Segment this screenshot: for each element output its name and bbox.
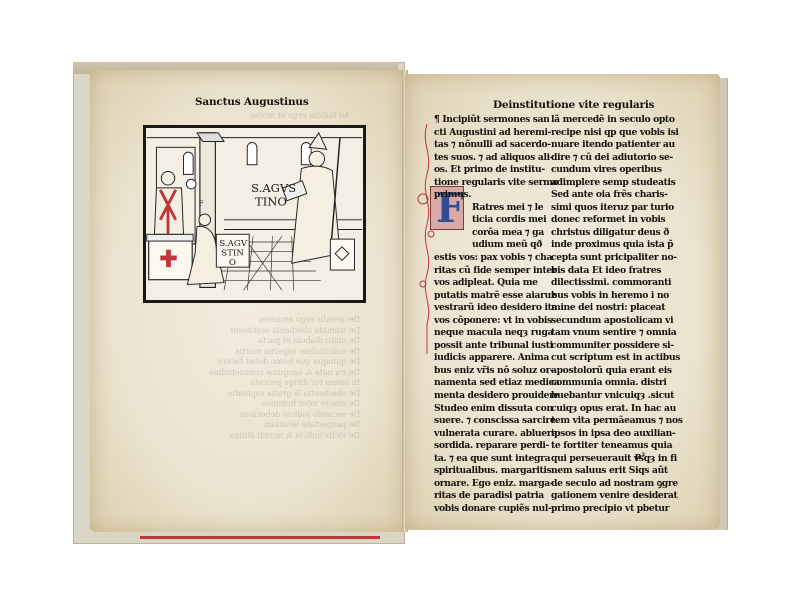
text-line: simi quos iteruz par turio xyxy=(551,202,676,215)
text-line: os. Et primo de institu- xyxy=(434,164,554,177)
woodcut-saint-augustine: S.AGVS TINO S.AGV STIN O F xyxy=(143,125,366,303)
text-line: cundum vires operibus xyxy=(551,164,676,177)
text-line: tem vita permãeamus ⁊ nos xyxy=(551,415,676,428)
text-line: bis data Et ideo fratres xyxy=(551,265,676,278)
text-line: nem saluus erit Siqs aũt xyxy=(551,465,676,478)
text-line: recipe nisi qp que vobis isi xyxy=(551,127,676,140)
text-column-right: lã mercedẽ in seculo opto recipe nisi qp… xyxy=(551,114,676,516)
text-line: ipsos in ipsa deo auxilian- xyxy=(551,428,676,441)
text-line: ta. ⁊ ea que sunt integra xyxy=(434,453,554,466)
woodcut-illustration: S.AGVS TINO S.AGV STIN O F xyxy=(146,128,363,300)
right-page: Deinstitutione vite regularis F ¶ Incipi… xyxy=(405,74,720,530)
text-line: inde proximus quia ista p̃ xyxy=(551,239,676,252)
text-line: ¶ Incipiũt sermones san xyxy=(434,114,554,127)
show-through-heading: Ad iudicia ergo et mores xyxy=(250,110,350,121)
binding-red-edge xyxy=(140,536,380,539)
text-line: nuare itendo patienter au xyxy=(551,139,676,152)
woodcut-label-top: S.AGVS xyxy=(251,181,296,195)
text-line: donec reformet in vobis xyxy=(551,214,676,227)
text-line: vos cõponere: vt in vobis xyxy=(434,315,554,328)
text-line: bus eniz vr̃is nõ soluz or- xyxy=(434,365,554,378)
text-line: bus vobis in heremo i no xyxy=(551,290,676,303)
text-line: tes suos. ⁊ ad aliquos ali- xyxy=(434,152,554,165)
svg-text:F: F xyxy=(199,199,204,207)
text-line: communia omnia. distri xyxy=(551,377,676,390)
text-line: Studeo enim dissuta con xyxy=(434,403,554,416)
text-line: tam vnum sentire ⁊ omnia xyxy=(551,327,676,340)
text-line: apostolorũ quia erant eis xyxy=(551,365,676,378)
svg-text:TINO: TINO xyxy=(255,194,287,208)
text-line: cut scriptum est in actibus xyxy=(551,352,676,365)
text-line: vulnerata curare. abluere xyxy=(434,428,554,441)
left-page: Sanctus Augustinus Ad iudicia ergo et mo… xyxy=(90,70,405,532)
text-line: mine dei nostri: placeat xyxy=(551,302,676,315)
text-line: lã mercedẽ in seculo opto xyxy=(551,114,676,127)
text-line: namenta sed etiaz medica xyxy=(434,377,554,390)
text-line: tas ⁊ nõnulli ad sacerdo- xyxy=(434,139,554,152)
text-line: ornare. Ego eniz. marga- xyxy=(434,478,554,491)
open-book-photo: Sanctus Augustinus Ad iudicia ergo et mo… xyxy=(0,0,800,600)
text-line: secundum apostolicam vi xyxy=(551,315,676,328)
text-line: ticia cordis mei xyxy=(434,214,554,227)
text-line: communiter possidere si- xyxy=(551,340,676,353)
text-line: sordida. reparare perdi- xyxy=(434,440,554,453)
signature-mark: p² xyxy=(635,452,645,462)
text-line: iudicis apparere. Anima xyxy=(434,352,554,365)
text-column-left: ¶ Incipiũt sermones san cti Augustini ad… xyxy=(434,114,554,516)
text-line: neque macula neqȝ ruga xyxy=(434,327,554,340)
left-running-head: Sanctus Augustinus xyxy=(195,96,309,108)
text-line: possit ante tribunal iusti xyxy=(434,340,554,353)
svg-text:STIN: STIN xyxy=(221,249,244,259)
text-line: putatis matrẽ esse aiaruz xyxy=(434,290,554,303)
text-line: vestrarũ ideo desidero ita xyxy=(434,302,554,315)
text-line: primus. xyxy=(434,189,554,202)
text-line: vos adipleat. Quia me xyxy=(434,277,554,290)
text-line: buebantur vnicuiqȝ .sicut xyxy=(551,390,676,403)
text-line: spiritualibus. margaritis xyxy=(434,465,554,478)
svg-text:S.AGV: S.AGV xyxy=(219,239,248,249)
show-through-text: Decarnalis ergo amantes De tramida obedi… xyxy=(150,315,360,441)
text-line: cuiqȝ opus erat. In hac au xyxy=(551,403,676,416)
right-running-head: Deinstitutione vite regularis xyxy=(493,99,654,111)
text-line: dire ⁊ cũ dei adiutorio se- xyxy=(551,152,676,165)
text-line: te fortiter teneamus quia xyxy=(551,440,676,453)
text-line: ritas cũ fide semper inter xyxy=(434,265,554,278)
text-line: Ratres mei ⁊ le xyxy=(434,202,554,215)
text-line: ritas de paradisi patria xyxy=(434,490,554,503)
text-line: vobis donare cupiẽs nul- xyxy=(434,503,554,516)
text-line: adimplere semp studeatis xyxy=(551,177,676,190)
text-line: christus diligatur deus ð xyxy=(551,227,676,240)
text-line: cepta sunt pricipaliter no- xyxy=(551,252,676,265)
text-line: dilectissimi. commoranti xyxy=(551,277,676,290)
text-line: suere. ⁊ conscissa sarcire. xyxy=(434,415,554,428)
text-line: tione regularis vite sermo xyxy=(434,177,554,190)
text-line: estis vos: pax vobis ⁊ cha xyxy=(434,252,554,265)
svg-text:O: O xyxy=(229,258,236,268)
text-line: udium meũ qð xyxy=(434,239,554,252)
text-line: gationem venire desiderat xyxy=(551,490,676,503)
text-line: de seculo ad nostram ꝯgre xyxy=(551,478,676,491)
text-line: cti Augustini ad heremi- xyxy=(434,127,554,140)
text-line: Sed ante oia frẽs charis- xyxy=(551,189,676,202)
text-line: menta desidero prouidere xyxy=(434,390,554,403)
text-line: primo precipio vt pbetur xyxy=(551,503,676,516)
text-line: qui perseuerauit vsqȝ in fi xyxy=(551,453,676,466)
text-line: corõa mea ⁊ ga xyxy=(434,227,554,240)
